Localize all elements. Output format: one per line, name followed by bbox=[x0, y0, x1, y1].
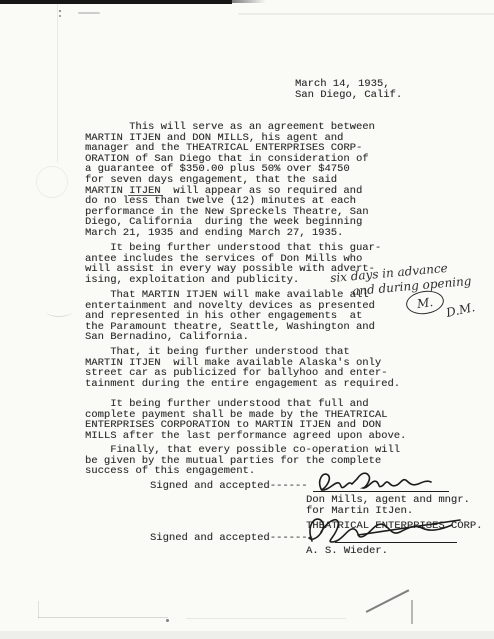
page-bottom-edge bbox=[38, 617, 168, 618]
scan-edge-band-top-fade bbox=[232, 0, 266, 3]
scan-edge-band-top bbox=[0, 0, 232, 4]
page-bottom-edge bbox=[38, 601, 39, 618]
scan-edge-band-bottom bbox=[0, 631, 494, 639]
as-wieder-signature bbox=[300, 511, 465, 547]
date-block: March 14, 1935, San Diego, Calif. bbox=[295, 79, 402, 100]
handwritten-initials-dm: D.M. bbox=[445, 300, 476, 320]
paper-crease bbox=[57, 2, 58, 162]
paragraph-agreement-terms: This will serve as an agreement between … bbox=[85, 122, 375, 239]
scan-smudge-top bbox=[238, 13, 494, 15]
signed-accepted-label-1: Signed and accepted------ bbox=[150, 481, 308, 492]
scanned-agreement-page: March 14, 1935, San Diego, Calif. This w… bbox=[0, 0, 494, 639]
scan-speck bbox=[59, 15, 61, 17]
paragraph-novelty-devices: That MARTIN ITJEN will make available al… bbox=[85, 290, 375, 343]
scan-smear bbox=[78, 12, 100, 14]
punch-hole-mark bbox=[36, 166, 68, 198]
page-bottom-edge bbox=[186, 618, 346, 619]
paragraph-street-car: That, it being further understood that M… bbox=[85, 347, 400, 389]
punch-hole-mark bbox=[46, 306, 72, 317]
paragraph-payment: It being further understood that full an… bbox=[85, 399, 406, 441]
don-mills-signature bbox=[315, 468, 433, 492]
scan-speck bbox=[166, 619, 169, 622]
page-corner-fold-line bbox=[411, 600, 413, 624]
circled-initials-text: M. bbox=[416, 294, 434, 310]
signature-caption-2: A. S. Wieder. bbox=[306, 546, 388, 557]
page-corner-fold-line bbox=[366, 589, 409, 612]
signed-accepted-label-2: Signed and accepted------- bbox=[150, 533, 314, 544]
scan-speck bbox=[59, 10, 61, 12]
